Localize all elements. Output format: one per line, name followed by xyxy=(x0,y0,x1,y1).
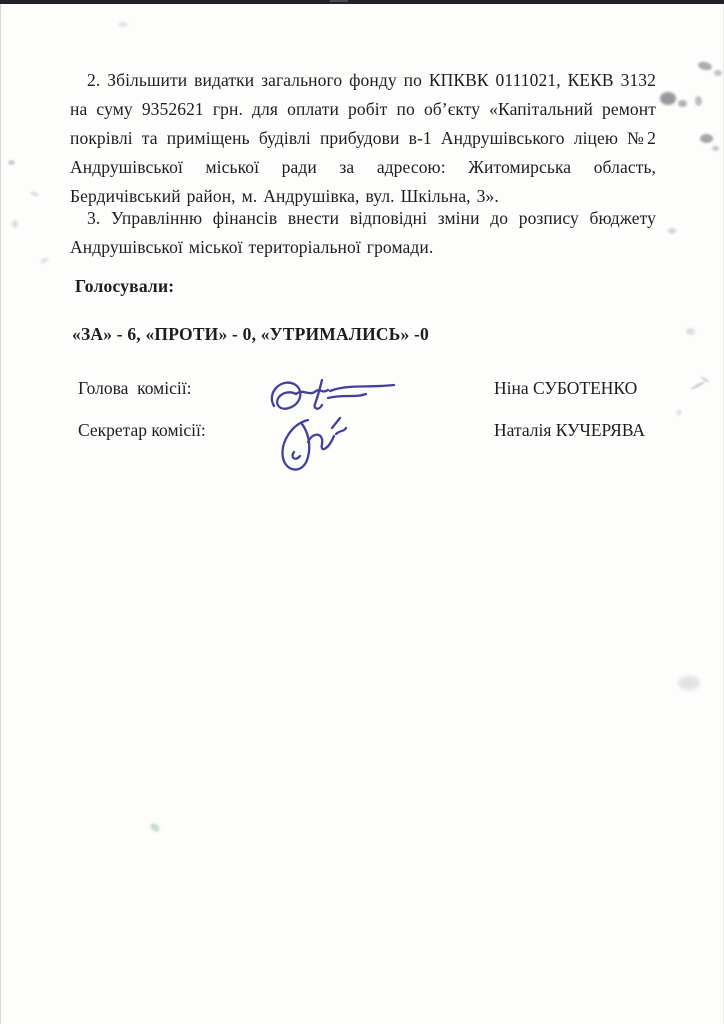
scan-speck xyxy=(660,92,676,105)
signature-role-secretary: Секретар комісії: xyxy=(78,416,206,445)
scan-speck xyxy=(714,70,722,76)
scan-speck xyxy=(697,60,713,71)
scan-speck xyxy=(668,228,676,234)
scan-speck xyxy=(39,256,49,265)
voted-heading: Голосували: xyxy=(75,272,174,301)
scan-speck xyxy=(700,134,713,143)
scan-speck xyxy=(712,146,719,151)
scan-speck xyxy=(695,96,702,106)
paragraph-item-3: 3. Управлінню фінансів внести відповідні… xyxy=(70,204,656,262)
scan-speck xyxy=(676,410,682,415)
scan-speck xyxy=(118,22,128,27)
handwritten-signature-ink xyxy=(256,364,412,474)
signature-role-head: Голова комісії: xyxy=(78,374,191,403)
scan-speck xyxy=(8,160,15,165)
scan-speck xyxy=(12,220,18,228)
scan-speck-green xyxy=(149,822,161,834)
scan-speck xyxy=(30,191,40,198)
scan-smudge xyxy=(678,676,700,690)
vote-results: «ЗА» - 6, «ПРОТИ» - 0, «УТРИМАЛИСЬ» -0 xyxy=(72,320,429,349)
scan-speck xyxy=(678,100,687,107)
scan-speck xyxy=(686,328,695,335)
scan-edge-artifact xyxy=(0,0,724,4)
scan-speck xyxy=(690,380,706,390)
signature-name-secretary: Наталія КУЧЕРЯВА xyxy=(494,416,645,445)
signature-name-head: Ніна СУБОТЕНКО xyxy=(494,374,637,403)
paragraph-item-2: 2. Збільшити видатки загального фонду по… xyxy=(70,66,656,211)
scanned-document-page: 2. Збільшити видатки загального фонду по… xyxy=(0,0,724,1024)
